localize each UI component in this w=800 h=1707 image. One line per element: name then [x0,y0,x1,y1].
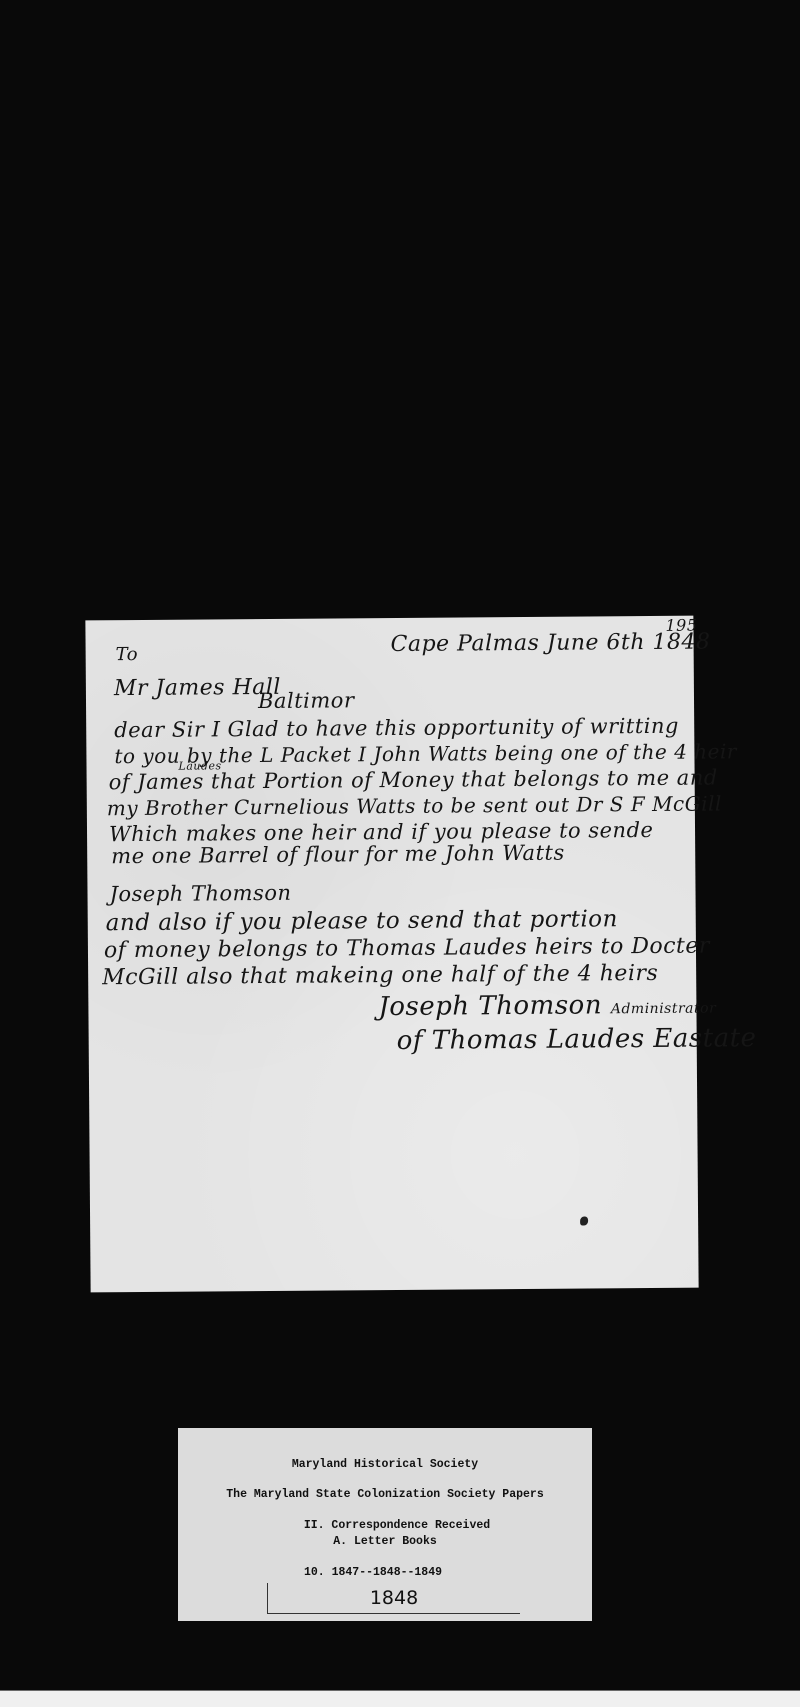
label-volume: 10. 1847--1848--1849 [166,1566,580,1579]
signature-estate: of Thomas Laudes Eastate [397,1023,757,1056]
letter-to: To [116,644,139,665]
signature-name: Joseph Thomson Administrator [378,989,716,1022]
label-series: II. Correspondence Received [190,1519,604,1532]
letter-dateline: Cape Palmas June 6th 1848 [390,629,710,657]
label-year: 1848 [268,1587,520,1609]
signature-text: Joseph Thomson [378,990,602,1022]
letter-body-line: my Brother Curnelious Watts to be sent o… [107,791,722,820]
label-collection: The Maryland State Colonization Society … [178,1488,592,1501]
label-institution: Maryland Historical Society [178,1458,592,1471]
handwritten-letter: 195 Cape Palmas June 6th 1848 To Mr Jame… [85,616,698,1293]
letter-body-line: McGill also that makeing one half of the… [102,961,658,990]
label-year-box: 1848 [267,1583,520,1614]
letter-city: Baltimor [258,688,355,713]
letter-body-line: of James that Portion of Money that belo… [109,765,718,794]
archive-label-card: Maryland Historical Society The Maryland… [178,1428,592,1621]
letter-body-line: of money belongs to Thomas Laudes heirs … [104,934,710,964]
label-subseries: A. Letter Books [178,1535,592,1548]
letter-body-line: dear Sir I Glad to have this opportunity… [114,714,679,742]
letter-body-line: me one Barrel of flour for me John Watts [111,841,565,869]
ink-blot [580,1216,588,1225]
letter-body-line: Joseph Thomson [109,881,291,906]
bottom-strip [0,1690,800,1707]
letter-body-line: and also if you please to send that port… [106,906,618,936]
letter-addressee: Mr James Hall [114,675,281,701]
signature-title: Administrator [611,1000,717,1017]
